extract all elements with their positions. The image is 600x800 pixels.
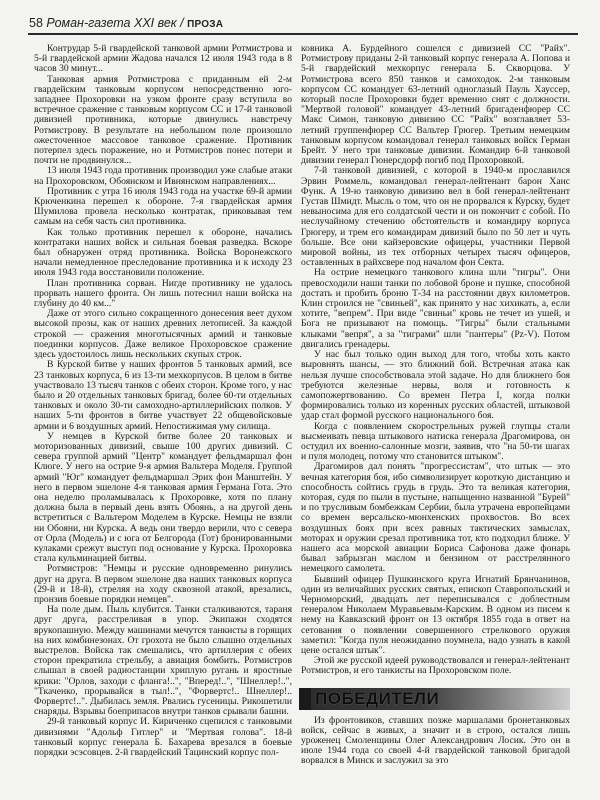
paragraph: Ротмистров: "Немцы и русские одновременн…	[34, 564, 292, 605]
left-column: Контрудар 5-й гвардейской танковой армии…	[34, 44, 292, 758]
paragraph: План противника сорван. Нигде противнику…	[34, 279, 292, 310]
paragraph: Этой же русской идеей руководствовался и…	[301, 656, 570, 676]
section-label: ПРОЗА	[187, 19, 223, 30]
paragraph: Из фронтовиков, ставших позже маршалами …	[301, 716, 570, 767]
banner-accent-bar	[299, 688, 311, 710]
paragraph: ковника А. Бурдейного сошелся с дивизией…	[301, 44, 570, 166]
paragraph: В Курской битве у наших фронтов 5 танков…	[34, 360, 292, 431]
paragraph: Бывший офицер Пушкинского круга Игнатий …	[301, 575, 570, 657]
paragraph: 13 июля 1943 года противник производил у…	[34, 166, 292, 186]
paragraph: Контрудар 5-й гвардейской танковой армии…	[34, 44, 292, 75]
paragraph: Танковая армия Ротмистрова с приданным е…	[34, 75, 292, 167]
paragraph: У нас был только один выход для того, чт…	[301, 350, 570, 421]
section-heading: ПОБЕДИТЕЛИ	[315, 689, 439, 709]
paragraph: Даже от этого сильно сокращенного донесе…	[34, 309, 292, 360]
paragraph: Когда с появлением скорострельных ружей …	[301, 422, 570, 463]
page-number: 58	[29, 16, 43, 30]
paragraph: Противник с утра 16 июля 1943 года на уч…	[34, 187, 292, 228]
section-heading-banner: ПОБЕДИТЕЛИ	[299, 688, 570, 710]
page-header: 58 Роман-газета XXI век / ПРОЗА	[29, 14, 589, 32]
right-column: ковника А. Бурдейного сошелся с дивизией…	[301, 44, 570, 767]
paragraph: Драгомиров дал понять "прогрессистам", ч…	[301, 462, 570, 574]
magazine-title: Роман-газета XXI век /	[46, 16, 183, 30]
paragraph: 29-й танковый корпус И. Кириченко сцепил…	[34, 717, 292, 758]
header-divider	[28, 33, 578, 35]
paragraph: На острие немецкого танкового клина шли …	[301, 268, 570, 350]
paragraph: 7-й танковой дивизией, с которой в 1940-…	[301, 166, 570, 268]
paragraph: На поле дым. Пыль клубится. Танки сталки…	[34, 605, 292, 717]
paragraph: Как только противник перешел к обороне, …	[34, 228, 292, 279]
paragraph: У немцев в Курской битве более 20 танков…	[34, 432, 292, 565]
